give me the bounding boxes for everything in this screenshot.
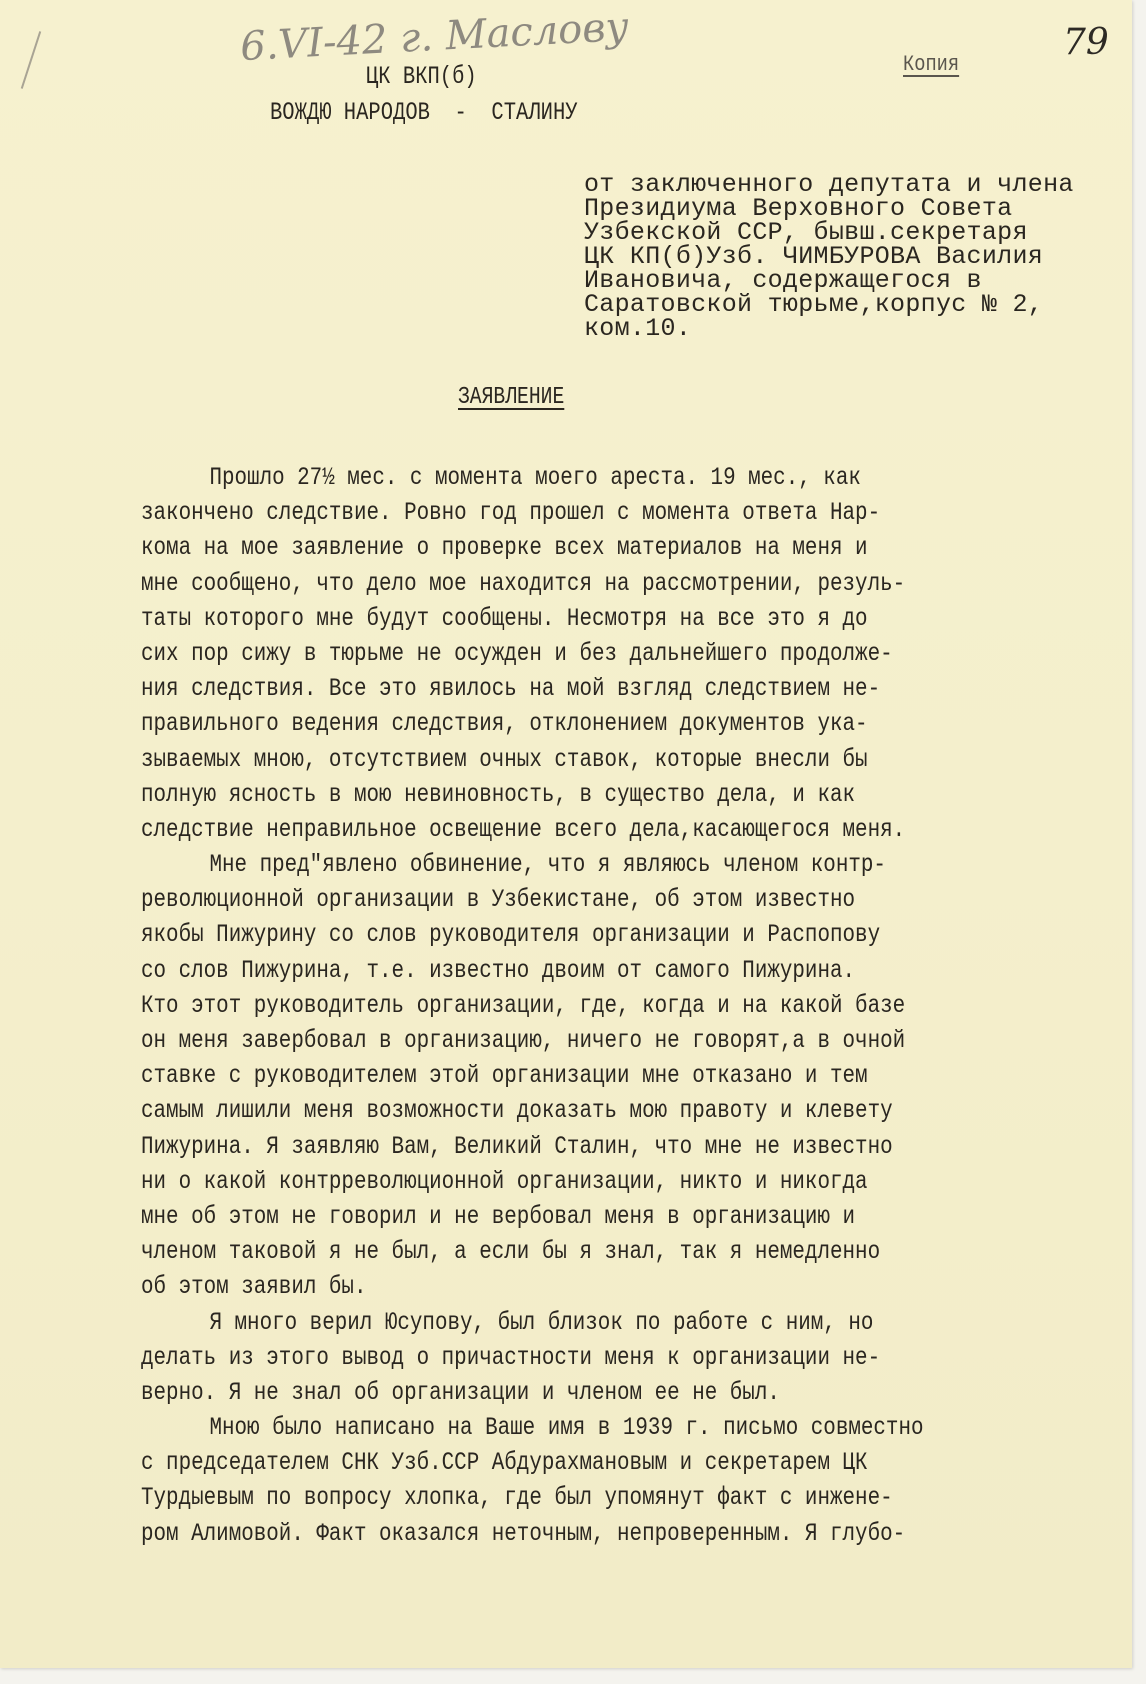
- addressee-org: ЦК ВКП(б): [366, 62, 477, 91]
- body-line: сих пор сижу в тюрьме не осужден и без д…: [141, 636, 1101, 671]
- body-line: со слов Пижурина, т.е. известно двоим от…: [141, 953, 1101, 988]
- document-page: 6.VI-42 г. Маслову 79 Копия ЦК ВКП(б) ВО…: [0, 0, 1132, 1668]
- body-line: об этом заявил бы.: [141, 1269, 1101, 1304]
- copy-mark: Копия: [903, 52, 959, 77]
- statement-body: Прошло 27½ мес. с момента моего ареста. …: [141, 460, 1146, 1551]
- body-line: членом таковой я не был, а если бы я зна…: [141, 1234, 1101, 1269]
- body-line: Я много верил Юсупову, был близок по раб…: [141, 1305, 1146, 1340]
- body-line: революционной организации в Узбекистане,…: [141, 882, 1101, 917]
- handwritten-resolution: 6.VI-42 г. Маслову: [239, 4, 630, 70]
- body-line: с председателем СНК Узб.ССР Абдурахманов…: [141, 1445, 1101, 1480]
- body-line: закончено следствие. Ровно год прошел с …: [141, 495, 1101, 530]
- body-line: мне об этом не говорил и не вербовал мен…: [141, 1199, 1101, 1234]
- body-line: Мне пред"явлено обвинение, что я являюсь…: [141, 847, 1146, 882]
- body-line: Турдыевым по вопросу хлопка, где был упо…: [141, 1480, 1101, 1515]
- body-line: ни о какой контрреволюционной организаци…: [141, 1164, 1101, 1199]
- document-title: ЗАЯВЛЕНИЕ: [458, 384, 564, 411]
- body-line: кома на мое заявление о проверке всех ма…: [141, 530, 1101, 565]
- body-line: правильного ведения следствия, отклонени…: [141, 706, 1101, 741]
- body-line: Пижурина. Я заявляю Вам, Великий Сталин,…: [141, 1129, 1101, 1164]
- body-line: зываемых мною, отсутствием очных ставок,…: [141, 742, 1101, 777]
- body-line: делать из этого вывод о причастности мен…: [141, 1340, 1101, 1375]
- addressee-name: ВОЖДЮ НАРОДОВ - СТАЛИНУ: [270, 98, 578, 127]
- body-line: самым лишили меня возможности доказать м…: [141, 1093, 1101, 1128]
- body-line: таты которого мне будут сообщены. Несмот…: [141, 601, 1101, 636]
- sender-line: ком.10.: [584, 317, 1074, 341]
- body-line: полную ясность в мою невиновность, в сущ…: [141, 777, 1101, 812]
- body-line: ром Алимовой. Факт оказался неточным, не…: [141, 1516, 1101, 1551]
- body-line: якобы Пижурину со слов руководителя орга…: [141, 917, 1101, 952]
- margin-pencil-mark: [21, 31, 41, 89]
- body-line: ния следствия. Все это явилось на мой вз…: [141, 671, 1101, 706]
- body-line: Кто этот руководитель организации, где, …: [141, 988, 1101, 1023]
- body-line: мне сообщено, что дело мое находится на …: [141, 566, 1101, 601]
- page-number: 79: [1063, 22, 1109, 63]
- body-line: ставке с руководителем этой организации …: [141, 1058, 1101, 1093]
- body-line: Мною было написано на Ваше имя в 1939 г.…: [141, 1410, 1146, 1445]
- body-line: следствие неправильное освещение всего д…: [141, 812, 1101, 847]
- body-line: верно. Я не знал об организации и членом…: [141, 1375, 1101, 1410]
- sender-block: от заключенного депутата и членаПрезидиу…: [584, 173, 1074, 341]
- body-line: Прошло 27½ мес. с момента моего ареста. …: [141, 460, 1146, 495]
- body-line: он меня завербовал в организацию, ничего…: [141, 1023, 1101, 1058]
